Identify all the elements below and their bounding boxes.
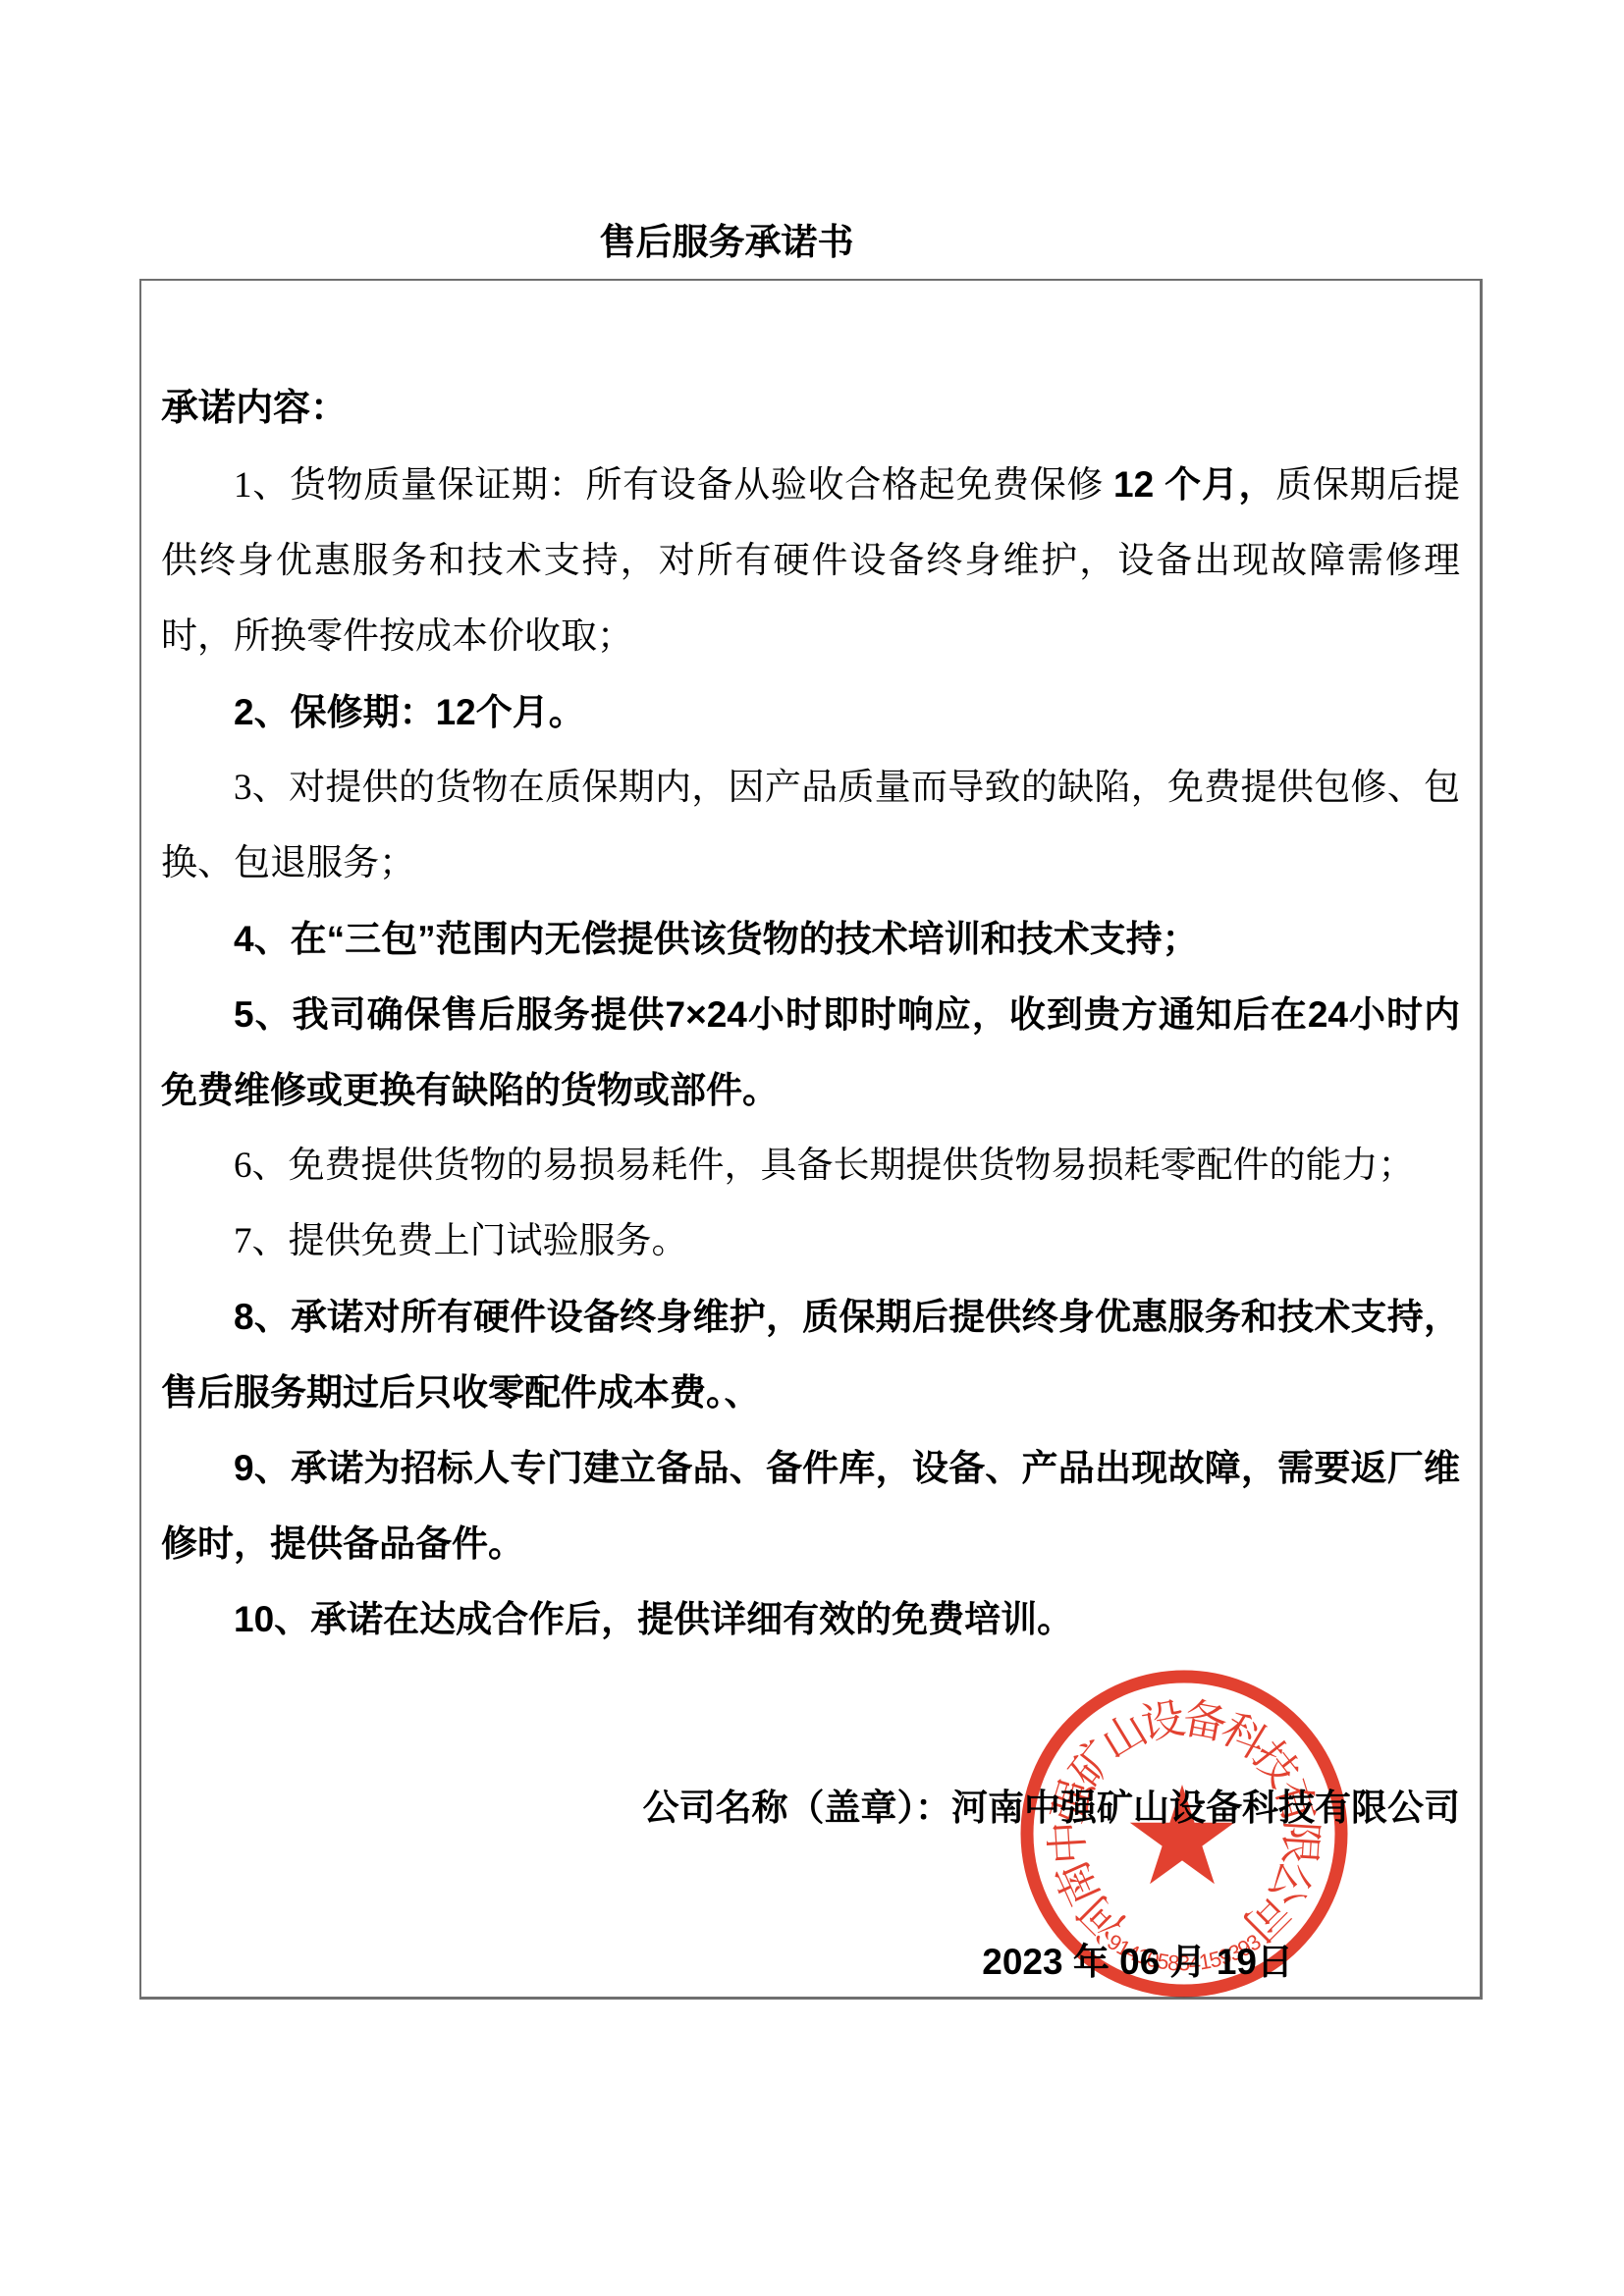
document-page: 售后服务承诺书 承诺内容： 1、货物质量保证期：所有设备从验收合格起免费保修 1…	[0, 0, 1624, 2296]
company-name: 河南中强矿山设备科技有限公司	[951, 1788, 1460, 1828]
commitment-item: 10、承诺在达成合作后，提供详细有效的免费培训。	[161, 1581, 1460, 1657]
commitment-item: 9、承诺为招标人专门建立备品、备件库，设备、产品出现故障，需要返厂维修时，提供备…	[161, 1430, 1460, 1581]
commitment-heading: 承诺内容：	[161, 371, 1460, 447]
commitment-item: 2、保修期：12个月。	[161, 674, 1460, 750]
commitment-item: 8、承诺对所有硬件设备终身维护，质保期后提供终身优惠服务和技术支持，售后服务期过…	[161, 1279, 1460, 1430]
company-signature-line: 公司名称（盖章）：河南中强矿山设备科技有限公司	[161, 1770, 1460, 1845]
commitment-list: 1、货物质量保证期：所有设备从验收合格起免费保修 12 个月，质保期后提供终身优…	[161, 447, 1460, 1657]
commitment-item: 6、免费提供货物的易损易耗件，具备长期提供货物易损耗零配件的能力；	[161, 1128, 1460, 1203]
commitment-item: 5、我司确保售后服务提供7×24小时即时响应，收到贵方通知后在24小时内免费维修…	[161, 977, 1460, 1128]
page-title: 售后服务承诺书	[600, 212, 854, 265]
date-line: 2023 年 06 月 19日	[161, 1924, 1460, 2000]
commitment-item: 7、提供免费上门试验服务。	[161, 1203, 1460, 1279]
commitment-box: 承诺内容： 1、货物质量保证期：所有设备从验收合格起免费保修 12 个月，质保期…	[139, 279, 1483, 2000]
commitment-item: 1、货物质量保证期：所有设备从验收合格起免费保修 12 个月，质保期后提供终身优…	[161, 447, 1460, 674]
company-seal-label: 公司名称（盖章）：	[643, 1788, 952, 1828]
commitment-item: 4、在“三包”范围内无偿提供该货物的技术培训和技术支持；	[161, 901, 1460, 977]
commitment-item: 3、对提供的货物在质保期内，因产品质量而导致的缺陷，免费提供包修、包换、包退服务…	[161, 750, 1460, 901]
